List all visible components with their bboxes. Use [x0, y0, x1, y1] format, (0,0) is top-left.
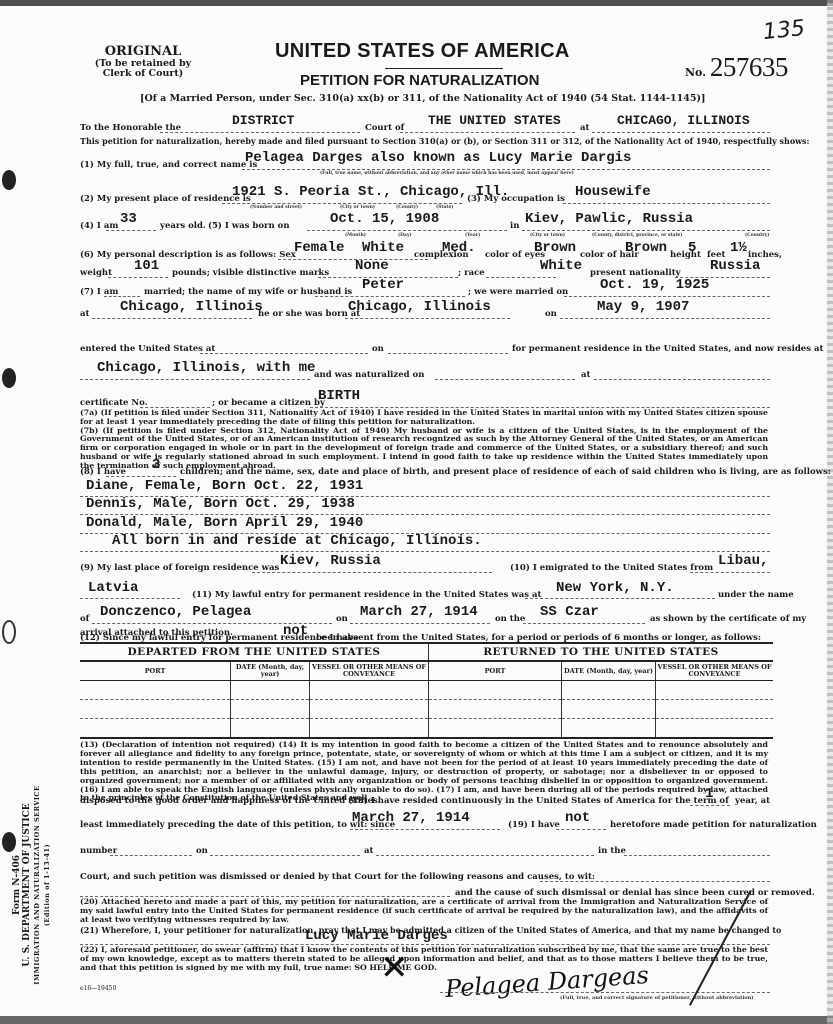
- x-mark-icon: ✕: [380, 948, 409, 988]
- dotted-line: [307, 230, 507, 231]
- dotted-line: [400, 132, 575, 133]
- dotted-line: [110, 855, 192, 856]
- caption-street: (Number and street): [250, 205, 302, 210]
- act-reference: [Of a Married Person, under Sec. 310(a) …: [140, 93, 705, 104]
- on-label: on: [196, 846, 208, 856]
- spouse-residence-value: Chicago, Illinois, with me: [97, 360, 315, 376]
- number-value: 257635: [710, 52, 788, 82]
- table-cell: [80, 681, 231, 700]
- entry-port-value: New York, N.Y.: [556, 580, 674, 596]
- pounds-label: pounds; visible distinctive marks: [172, 268, 329, 278]
- section-7a-7b: (7a) (If petition is filed under Section…: [80, 409, 768, 471]
- paragraph-22: (22) I, aforesaid petitioner, do swear (…: [80, 946, 768, 972]
- dotted-line: [376, 855, 594, 856]
- dotted-line: [210, 855, 360, 856]
- punch-hole-icon: [2, 368, 16, 388]
- foreign-residence-value: Kiev, Russia: [280, 553, 381, 569]
- caption-county: (County, district, province, or state): [592, 233, 683, 238]
- petition-number: No. 257635: [685, 52, 788, 83]
- table-cell: [310, 681, 429, 700]
- marriage-place-value: Chicago, Illinois: [120, 299, 263, 315]
- caption-county: (County): [396, 205, 418, 210]
- court-location-value: CHICAGO, ILLINOIS: [617, 113, 750, 128]
- certificate-shown-label: as shown by the certificate of my: [650, 614, 806, 624]
- table-cell: [429, 681, 562, 700]
- since-date-value: March 27, 1914: [352, 810, 470, 826]
- dotted-line: [106, 476, 176, 477]
- hair-value: Brown: [625, 240, 667, 256]
- handwritten-number: 135: [762, 16, 806, 45]
- on-label: on: [545, 309, 557, 319]
- dotted-line: [560, 318, 770, 319]
- dotted-line: [540, 881, 770, 882]
- caption-city: (City or town): [340, 205, 375, 210]
- punch-hole-icon: [2, 620, 16, 644]
- scan-top-edge: [0, 0, 833, 6]
- q19-label: (19) I have: [508, 820, 560, 830]
- q9-label: (9) My last place of foreign residence w…: [80, 563, 279, 573]
- sex-value: Female: [294, 240, 344, 256]
- title-rule: [385, 68, 503, 69]
- court-of-label: Court of: [365, 123, 404, 133]
- dotted-line: [80, 379, 310, 380]
- entered-on-label: on: [372, 344, 384, 354]
- absence-table: DEPARTED FROM THE UNITED STATES RETURNED…: [80, 642, 773, 739]
- form-sidebar: Form N-406 U. S. DEPARTMENT OF JUSTICE I…: [12, 785, 52, 985]
- table-cell: [231, 681, 310, 700]
- entry-name-value: Donczenco, Pelagea: [100, 604, 251, 620]
- since-label: least immediately preceding the date of …: [80, 820, 395, 830]
- table-cell: [656, 681, 774, 700]
- table-cell: [562, 681, 656, 700]
- complexion-prefix-value: White: [362, 240, 404, 256]
- original-text: ORIGINAL: [88, 44, 198, 59]
- dotted-line: [345, 318, 510, 319]
- dotted-line: [92, 318, 252, 319]
- complexion-value: Med.: [442, 240, 476, 256]
- signature-caption: (Full, true, and correct signature of pe…: [560, 995, 754, 1001]
- retained-line-2: Clerk of Court): [88, 69, 198, 79]
- q5-label: (5) I was born on: [208, 221, 290, 231]
- naturalized-at-label: at: [581, 370, 590, 380]
- dotted-line: [522, 230, 770, 231]
- col-port: PORT: [429, 661, 562, 681]
- dotted-line: [252, 572, 492, 573]
- children-residence-note: All born in and reside at Chicago, Illin…: [112, 533, 482, 549]
- dotted-line: [624, 855, 770, 856]
- child-entry: Donald, Male, Born April 29, 1940: [86, 515, 363, 531]
- under-name-label: under the name: [718, 590, 794, 600]
- spouse-birth-place-value: Chicago, Illinois: [348, 299, 491, 315]
- children-label: children; and the name, sex, date and pl…: [180, 467, 831, 477]
- child-entry: Diane, Female, Born Oct. 22, 1931: [86, 478, 363, 494]
- dotted-line: [315, 296, 465, 297]
- dotted-line: [200, 353, 368, 354]
- col-date: DATE (Month, day, year): [231, 661, 310, 681]
- age-value: 33: [120, 211, 137, 227]
- service-name: IMMIGRATION AND NATURALIZATION SERVICE: [32, 785, 42, 985]
- occupation-value: Housewife: [575, 184, 651, 200]
- dotted-line: [592, 132, 770, 133]
- table-cell: [80, 719, 231, 739]
- emigrated-country-value: Latvia: [88, 580, 138, 596]
- paragraph-20: (20) Attached hereto and made a part of …: [80, 898, 768, 924]
- declarations-13-17: (13) (Declaration of intention not requi…: [80, 741, 768, 803]
- term-years-value: 1: [705, 786, 713, 802]
- dotted-line: [242, 169, 770, 170]
- col-port: PORT: [80, 661, 231, 681]
- q1-caption: (Full, true name, without abbreviation, …: [320, 171, 574, 176]
- q3-label: (3) My occupation is: [467, 194, 565, 204]
- at-label: at: [364, 846, 373, 856]
- naturalized-label: and was naturalized on: [314, 370, 424, 380]
- children-count-value: 3: [152, 457, 160, 473]
- dotted-line: [222, 203, 462, 204]
- child-entry: Dennis, Male, Born Oct. 29, 1938: [86, 496, 355, 512]
- caption-month: (Month): [345, 233, 366, 238]
- table-cell: [562, 700, 656, 719]
- table-cell: [231, 700, 310, 719]
- dotted-line: [690, 805, 730, 806]
- table-cell: [656, 719, 774, 739]
- birth-place-value: Kiev, Pawlic, Russia: [525, 211, 693, 227]
- marriage-date-value: Oct. 19, 1925: [600, 277, 709, 293]
- departed-header: DEPARTED FROM THE UNITED STATES: [80, 643, 429, 661]
- table-row: [80, 719, 773, 739]
- table-cell: [310, 700, 429, 719]
- eyes-value: Brown: [534, 240, 576, 256]
- weight-value: 101: [134, 258, 159, 274]
- vessel-value: SS Czar: [540, 604, 599, 620]
- q1-label: (1) My full, true, and correct name is: [80, 160, 257, 170]
- table-cell: [80, 700, 231, 719]
- dotted-line: [108, 277, 168, 278]
- dotted-line: [80, 598, 180, 599]
- petition-statement: This petition for naturalization, hereby…: [80, 136, 810, 146]
- caption-day: (Day): [398, 233, 412, 238]
- form-number: Form N-406: [12, 785, 22, 985]
- born-in-label: in: [510, 221, 519, 231]
- citizen-by-label: ; or became a citizen by: [212, 398, 325, 408]
- q6-label: (6) My personal description is as follow…: [80, 250, 296, 260]
- full-name-value: Pelagea Darges also known as Lucy Marie …: [245, 150, 631, 166]
- height-feet-value: 5: [688, 240, 696, 256]
- q18-label: (18) I have resided continuously in the …: [348, 796, 729, 806]
- dotted-line: [350, 829, 500, 830]
- table-row: [80, 700, 773, 719]
- perm-res-label: for permanent residence in the United St…: [512, 344, 823, 354]
- absent-value: not: [283, 623, 308, 639]
- dotted-line: [594, 379, 770, 380]
- dotted-line: [80, 551, 770, 552]
- punch-hole-icon: [2, 170, 16, 190]
- table-cell: [310, 719, 429, 739]
- table-cell: [429, 719, 562, 739]
- document-title: UNITED STATES OF AMERICA: [275, 40, 570, 63]
- q10-label: (10) I emigrated to the United States fr…: [510, 563, 713, 573]
- naturalization-petition-document: ORIGINAL (To be retained by Clerk of Cou…: [0, 0, 833, 1024]
- dotted-line: [350, 623, 490, 624]
- at-label: at: [80, 309, 89, 319]
- entry-date-value: March 27, 1914: [360, 604, 478, 620]
- caption-country: (Country): [745, 233, 769, 238]
- caption-city: (City or town): [530, 233, 565, 238]
- court-name-value: THE UNITED STATES: [428, 113, 561, 128]
- dotted-line: [104, 296, 140, 297]
- height-inches-value: 1½: [730, 240, 747, 256]
- dotted-line: [106, 230, 156, 231]
- scan-right-edge: [827, 0, 833, 1024]
- dotted-line: [563, 203, 770, 204]
- caption-state: (State): [436, 205, 453, 210]
- age-suffix: years old.: [160, 221, 206, 231]
- race-value: White: [540, 258, 582, 274]
- year-label: year, at: [735, 796, 770, 806]
- dotted-line: [556, 829, 606, 830]
- at-label: at: [580, 123, 589, 133]
- dotted-line: [690, 572, 770, 573]
- dotted-line: [523, 623, 645, 624]
- entered-label: entered the United States at: [80, 344, 215, 354]
- court-type-value: DISTRICT: [232, 113, 294, 128]
- col-vessel: VESSEL OR OTHER MEANS OF CONVEYANCE: [656, 661, 774, 681]
- department-name: U. S. DEPARTMENT OF JUSTICE: [22, 785, 32, 985]
- on-the-label: on the: [495, 614, 525, 624]
- table-cell: [429, 700, 562, 719]
- dotted-line: [564, 296, 770, 297]
- table-cell: [656, 700, 774, 719]
- birth-date-value: Oct. 15, 1908: [330, 211, 439, 227]
- print-code: e16—19450: [80, 985, 116, 992]
- prior-petition-value: not: [565, 810, 590, 826]
- emigrated-city-value: Libau,: [718, 553, 768, 569]
- certificate-label: certificate No.: [80, 398, 148, 408]
- of-label: of: [80, 614, 89, 624]
- number-label: No.: [685, 66, 706, 79]
- returned-header: RETURNED TO THE UNITED STATES: [429, 643, 774, 661]
- caption-year: (Year): [465, 233, 480, 238]
- citizen-by-value: BIRTH: [318, 388, 360, 404]
- q19-suffix: heretofore made petition for naturalizat…: [610, 820, 817, 830]
- dotted-line: [160, 132, 360, 133]
- court-dismissed-label: Court, and such petition was dismissed o…: [80, 872, 595, 882]
- spouse-birth-date-value: May 9, 1907: [597, 299, 689, 315]
- entry-on-label: on: [336, 614, 348, 624]
- scan-bottom-edge: [0, 1016, 833, 1024]
- in-the-label: in the: [598, 846, 626, 856]
- document-subtitle: PETITION FOR NATURALIZATION: [300, 72, 539, 89]
- table-row: [80, 681, 773, 700]
- signature-line: [440, 992, 770, 993]
- col-date: DATE (Month, day, year): [562, 661, 656, 681]
- marks-value: None: [355, 258, 389, 274]
- nationality-value: Russia: [710, 258, 760, 274]
- race-label: ; race: [458, 268, 485, 278]
- dotted-line: [486, 277, 556, 278]
- dotted-line: [388, 353, 508, 354]
- dotted-line: [525, 598, 715, 599]
- spouse-name-value: Peter: [362, 277, 404, 293]
- edition-info: (Edition of 1-13-41): [42, 785, 52, 985]
- original-label: ORIGINAL (To be retained by Clerk of Cou…: [88, 44, 198, 79]
- dotted-line: [278, 259, 428, 260]
- col-vessel: VESSEL OR OTHER MEANS OF CONVEYANCE: [310, 661, 429, 681]
- married-on-label: ; we were married on: [468, 287, 568, 297]
- new-name-value: Lucy Marie Darges: [305, 928, 448, 944]
- dotted-line: [435, 379, 575, 380]
- q11-label: (11) My lawful entry for permanent resid…: [192, 590, 541, 600]
- table-cell: [231, 719, 310, 739]
- p17-end: disposed to the good order and happiness…: [80, 796, 381, 806]
- table-cell: [562, 719, 656, 739]
